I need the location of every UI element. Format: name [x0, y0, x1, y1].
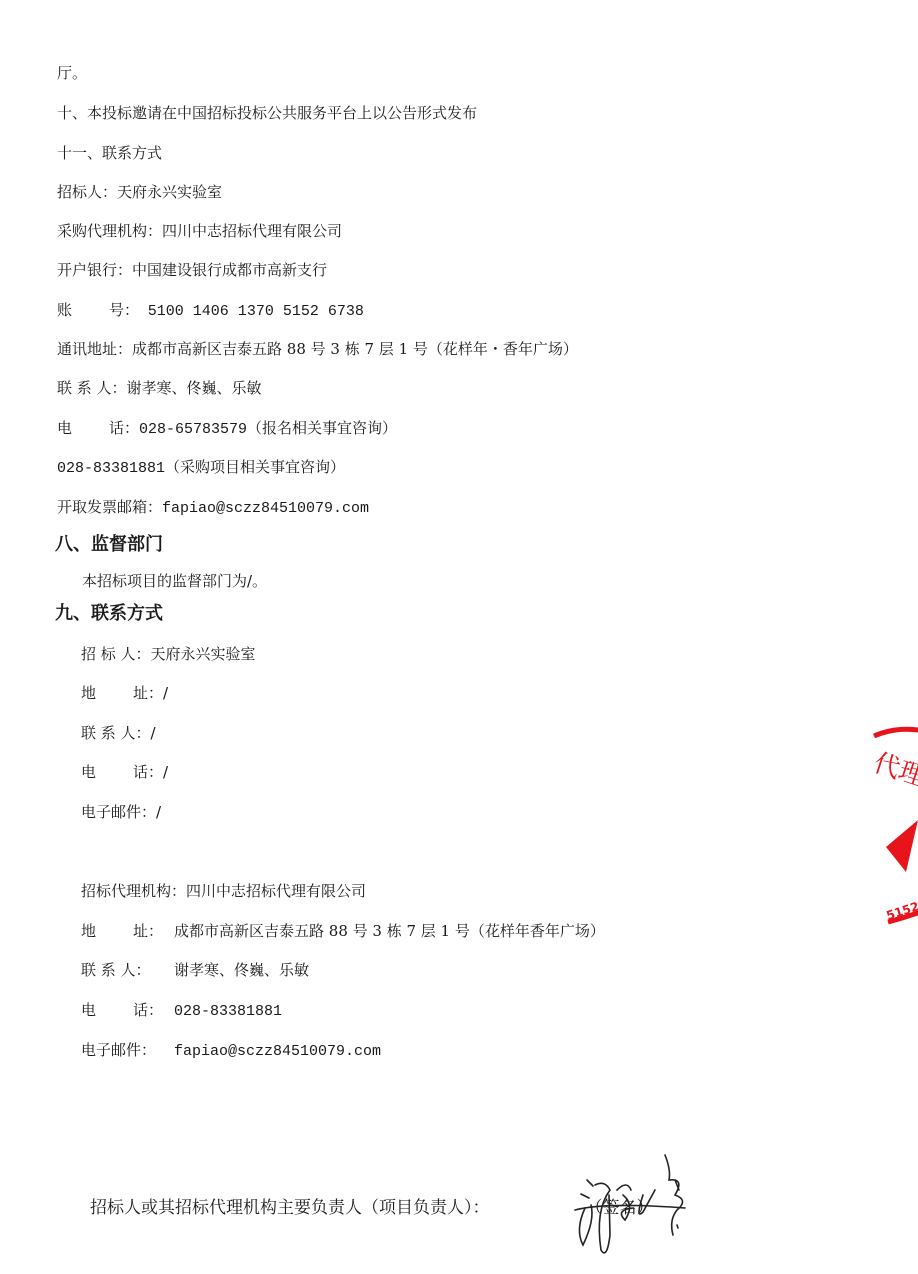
- s9-agency-phone-value: 028-83381881: [174, 1003, 282, 1020]
- s9-agency-name-value: 四川中志招标代理有限公司: [186, 882, 366, 900]
- invoice-email-value: fapiao@sczz84510079.com: [162, 500, 369, 517]
- section-eight-title: 八、监督部门: [55, 534, 163, 556]
- s9-tenderer-name-value: 天府永兴实验室: [151, 645, 256, 663]
- s9-tenderer-addr-label-a: 地: [81, 683, 133, 703]
- item-ten: 十、本投标邀请在中国招标投标公共服务平台上以公告形式发布: [57, 103, 477, 123]
- bank-row: 开户银行：中国建设银行成都市高新支行: [57, 260, 327, 280]
- company-seal-icon: 代理 5152: [866, 722, 918, 942]
- account-row: 账号： 5100 1406 1370 5152 6738: [57, 300, 364, 322]
- s9-agency-name-row: 招标代理机构：四川中志招标代理有限公司: [81, 881, 366, 901]
- account-label-a: 账: [57, 300, 109, 320]
- signature-label: 招标人或其招标代理机构主要负责人（项目负责人）：: [90, 1198, 490, 1218]
- s9-tenderer-addr-value: /: [163, 684, 168, 702]
- s9-tenderer-phone-label-a: 电: [81, 762, 133, 782]
- s9-tenderer-phone-row: 电话：/: [81, 762, 168, 782]
- s9-agency-phone-label-a: 电: [81, 1000, 133, 1020]
- s9-agency-phone-row: 电话：028-83381881: [81, 1000, 282, 1022]
- s9-tenderer-name-row: 招 标 人：天府永兴实验室: [81, 644, 256, 664]
- contacts-row: 联 系 人：谢孝寒、佟巍、乐敏: [57, 378, 262, 398]
- seal-text: 代理: [870, 748, 918, 793]
- item-eleven: 十一、联系方式: [57, 143, 162, 163]
- s9-agency-addr-label-a: 地: [81, 921, 133, 941]
- s9-tenderer-phone-value: /: [163, 763, 168, 781]
- agency-label: 采购代理机构：: [57, 222, 162, 240]
- phone2-note: （采购项目相关事宜咨询）: [165, 458, 345, 476]
- text-fragment: 厅。: [57, 63, 87, 83]
- tenderer-value: 天府永兴实验室: [117, 183, 222, 201]
- agency-row: 采购代理机构：四川中志招标代理有限公司: [57, 221, 342, 241]
- s9-agency-email-label: 电子邮件：: [81, 1040, 174, 1060]
- invoice-email-row: 开取发票邮箱：fapiao@sczz84510079.com: [57, 497, 369, 519]
- phone2-row: 028-83381881（采购项目相关事宜咨询）: [57, 457, 345, 479]
- tenderer-label: 招标人：: [57, 183, 117, 201]
- s9-agency-address-row: 地址：成都市高新区吉泰五路 88 号 3 栋 7 层 1 号（花样年香年广场）: [81, 921, 605, 941]
- address-value: 成都市高新区吉泰五路 88 号 3 栋 7 层 1 号（花样年・香年广场）: [132, 340, 578, 358]
- address-row: 通讯地址：成都市高新区吉泰五路 88 号 3 栋 7 层 1 号（花样年・香年广…: [57, 339, 578, 359]
- phone-row: 电话：028-65783579（报名相关事宜咨询）: [57, 418, 397, 440]
- s9-agency-contact-value: 谢孝寒、佟巍、乐敏: [174, 961, 309, 979]
- phone-note: （报名相关事宜咨询）: [247, 419, 397, 437]
- s9-agency-email-value: fapiao@sczz84510079.com: [174, 1043, 381, 1060]
- s9-agency-contact-row: 联 系 人：谢孝寒、佟巍、乐敏: [81, 960, 309, 980]
- account-label-b: 号：: [109, 301, 139, 319]
- s9-agency-phone-label-b: 话：: [133, 1000, 174, 1020]
- account-number: 5100 1406 1370 5152 6738: [148, 303, 364, 320]
- s9-tenderer-contact-value: /: [151, 724, 156, 742]
- tenderer-row: 招标人：天府永兴实验室: [57, 182, 222, 202]
- s9-agency-name-label: 招标代理机构：: [81, 882, 186, 900]
- s9-tenderer-email-row: 电子邮件：/: [81, 802, 161, 822]
- s9-tenderer-email-label: 电子邮件：: [81, 803, 156, 821]
- s9-tenderer-phone-label-b: 话：: [133, 763, 163, 781]
- s9-agency-addr-label-b: 址：: [133, 921, 174, 941]
- bank-value: 中国建设银行成都市高新支行: [132, 261, 327, 279]
- handwritten-signature-icon: [565, 1150, 725, 1265]
- address-label: 通讯地址：: [57, 340, 132, 358]
- section-eight-body: 本招标项目的监督部门为/。: [82, 571, 267, 591]
- bank-label: 开户银行：: [57, 261, 132, 279]
- s9-agency-contact-label: 联 系 人：: [81, 960, 174, 980]
- contacts-value: 谢孝寒、佟巍、乐敏: [127, 379, 262, 397]
- s9-tenderer-address-row: 地址：/: [81, 683, 168, 703]
- s9-tenderer-contact-row: 联 系 人：/: [81, 723, 156, 743]
- invoice-email-label: 开取发票邮箱：: [57, 498, 162, 516]
- s9-tenderer-name-label: 招 标 人：: [81, 645, 151, 663]
- s9-agency-addr-value: 成都市高新区吉泰五路 88 号 3 栋 7 层 1 号（花样年香年广场）: [174, 922, 605, 940]
- contacts-label: 联 系 人：: [57, 379, 127, 397]
- phone2-value: 028-83381881: [57, 460, 165, 477]
- phone-value: 028-65783579: [139, 421, 247, 438]
- s9-agency-email-row: 电子邮件：fapiao@sczz84510079.com: [81, 1040, 381, 1062]
- section-nine-title: 九、联系方式: [55, 603, 163, 625]
- phone-label-a: 电: [57, 418, 109, 438]
- s9-tenderer-email-value: /: [156, 803, 161, 821]
- phone-label-b: 话：: [109, 419, 139, 437]
- agency-value: 四川中志招标代理有限公司: [162, 222, 342, 240]
- s9-tenderer-contact-label: 联 系 人：: [81, 724, 151, 742]
- s9-tenderer-addr-label-b: 址：: [133, 684, 163, 702]
